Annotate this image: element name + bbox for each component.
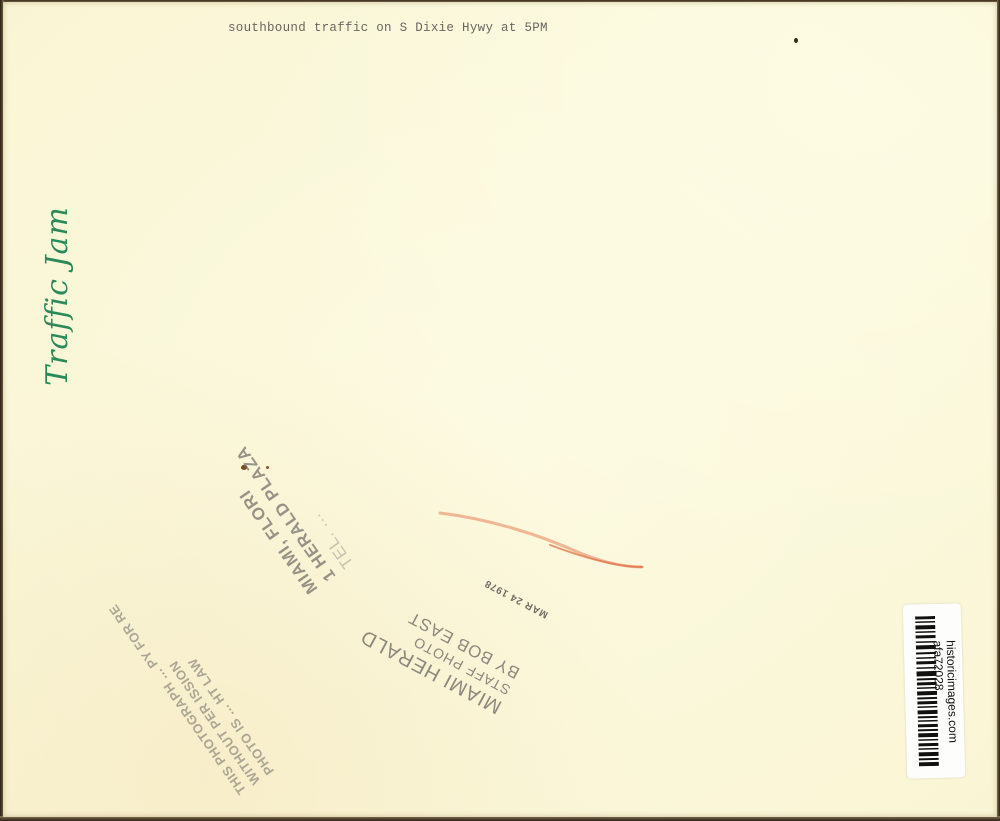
label-id: afa72028 [931,640,947,743]
label-site: historicimages.com [944,640,960,743]
red-pencil-mark [430,505,650,575]
typed-caption: southbound traffic on S Dixie Hywy at 5P… [228,21,548,35]
ink-speck [794,38,798,43]
label-text: historicimages.com afa72028 [931,640,960,743]
handwritten-note: Traffic Jam [40,196,80,396]
archive-barcode-label: historicimages.com afa72028 [903,603,966,778]
